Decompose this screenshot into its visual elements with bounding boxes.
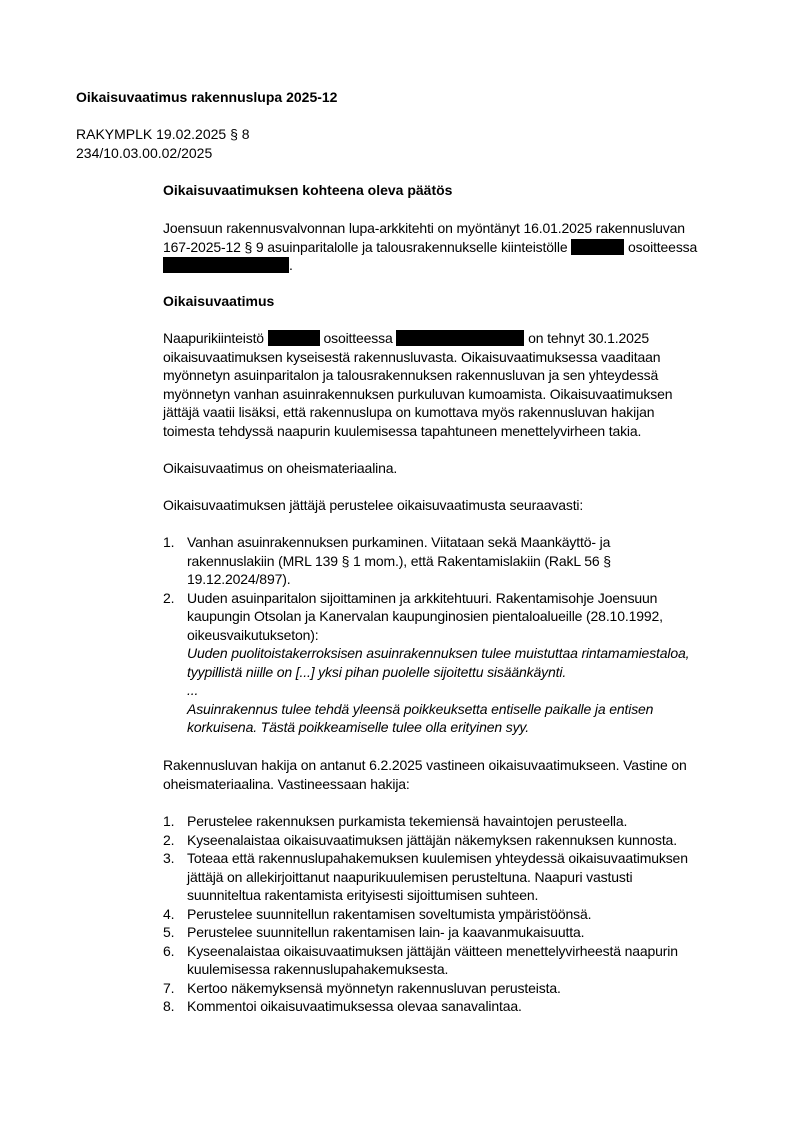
document-meta: RAKYMPLK 19.02.2025 § 8 234/10.03.00.02/…	[76, 125, 250, 163]
list-number: 1.	[163, 812, 174, 831]
list-item: 2.Uuden asuinparitalon sijoittaminen ja …	[163, 589, 763, 737]
text-line: myönnetyn asuinparitalon ja talousrakenn…	[163, 366, 763, 385]
redacted-property-id	[268, 330, 320, 346]
text-line: jättäjä vaatii lisäksi, että rakennuslup…	[163, 403, 763, 422]
quoted-line: ...	[187, 681, 763, 700]
text-line: suunniteltua rakentamista erityisesti si…	[187, 886, 763, 905]
text-line: Kyseenalaistaa oikaisuvaatimuksen jättäj…	[187, 942, 763, 961]
text-line: oheismateriaalina. Vastineessaan hakija:	[163, 775, 763, 794]
list-number: 3.	[163, 849, 174, 868]
list-number: 7.	[163, 979, 174, 998]
section-heading-appeal: Oikaisuvaatimus	[163, 293, 763, 309]
list-number: 2.	[163, 831, 174, 850]
quoted-line: korkuisena. Tästä poikkeamiselle tulee o…	[187, 718, 763, 737]
redacted-address	[163, 257, 289, 273]
text-fragment: Naapurikiinteistö	[163, 330, 264, 346]
list-item: 1.Perustelee rakennuksen purkamista teke…	[163, 812, 763, 831]
list-item: 3.Toteaa että rakennuslupahakemuksen kuu…	[163, 849, 763, 905]
grounds-intro: Oikaisuvaatimuksen jättäjä perustelee oi…	[163, 496, 763, 515]
text-line: rakennuslakiin (MRL 139 § 1 mom.), että …	[187, 552, 763, 571]
text-line: 167-2025-12 § 9 asuinparitalolle ja talo…	[163, 238, 763, 257]
text-line: Perustelee rakennuksen purkamista tekemi…	[187, 812, 763, 831]
text-line: Kommentoi oikaisuvaatimuksessa olevaa sa…	[187, 997, 763, 1016]
document-title: Oikaisuvaatimus rakennuslupa 2025-12	[76, 89, 337, 105]
text-fragment: osoitteessa	[628, 239, 697, 255]
text-fragment: .	[289, 257, 293, 273]
attachment-note: Oikaisuvaatimus on oheismateriaalina.	[163, 459, 763, 478]
text-line: Rakennusluvan hakija on antanut 6.2.2025…	[163, 756, 763, 775]
meta-line: RAKYMPLK 19.02.2025 § 8	[76, 125, 250, 144]
list-item: 7.Kertoo näkemyksensä myönnetyn rakennus…	[163, 979, 763, 998]
list-number: 1.	[163, 533, 174, 552]
text-line: Perustelee suunnitellun rakentamisen lai…	[187, 923, 763, 942]
list-number: 6.	[163, 942, 174, 961]
text-line: .	[163, 256, 763, 275]
list-number: 2.	[163, 589, 174, 608]
quoted-line: tyypillistä niille on [...] yksi pihan p…	[187, 663, 763, 682]
list-number: 8.	[163, 997, 174, 1016]
text-fragment: osoitteessa	[323, 330, 392, 346]
text-line: toimesta tehdyssä naapurin kuulemisessa …	[163, 422, 763, 441]
text-line: kuulemisessa rakennuslupahakemuksesta.	[187, 960, 763, 979]
text-line: Kertoo näkemyksensä myönnetyn rakennuslu…	[187, 979, 763, 998]
list-item: 1.Vanhan asuinrakennuksen purkaminen. Vi…	[163, 533, 763, 589]
response-intro: Rakennusluvan hakija on antanut 6.2.2025…	[163, 756, 763, 793]
list-item: 8.Kommentoi oikaisuvaatimuksessa olevaa …	[163, 997, 763, 1016]
text-line: Vanhan asuinrakennuksen purkaminen. Viit…	[187, 533, 763, 552]
text-line: myönnetyn vanhan asuinrakennuksen purkul…	[163, 385, 763, 404]
text-line: Uuden asuinparitalon sijoittaminen ja ar…	[187, 589, 763, 608]
section-heading-decision: Oikaisuvaatimuksen kohteena oleva päätös	[163, 182, 763, 198]
list-number: 4.	[163, 905, 174, 924]
text-line: Toteaa että rakennuslupahakemuksen kuule…	[187, 849, 763, 868]
text-line: 19.12.2024/897).	[187, 570, 763, 589]
text-line: jättäjä on allekirjoittanut naapurikuule…	[187, 868, 763, 887]
list-item: 6.Kyseenalaistaa oikaisuvaatimuksen jätt…	[163, 942, 763, 979]
list-item: 2.Kyseenalaistaa oikaisuvaatimuksen jätt…	[163, 831, 763, 850]
text-line: kaupungin Otsolan ja Kanervalan kaupungi…	[187, 607, 763, 626]
list-number: 5.	[163, 923, 174, 942]
text-line: oikeusvaikutukseton):	[187, 626, 763, 645]
appeal-paragraph: Naapurikiinteistö osoitteessa on tehnyt …	[163, 329, 763, 440]
text-fragment: 167-2025-12 § 9 asuinparitalolle ja talo…	[163, 239, 567, 255]
meta-line: 234/10.03.00.02/2025	[76, 144, 250, 163]
text-line: Joensuun rakennusvalvonnan lupa-arkkiteh…	[163, 219, 763, 238]
text-line: Naapurikiinteistö osoitteessa on tehnyt …	[163, 329, 763, 348]
text-line: Kyseenalaistaa oikaisuvaatimuksen jättäj…	[187, 831, 763, 850]
redacted-property-id	[571, 239, 624, 255]
quoted-line: Asuinrakennus tulee tehdä yleensä poikke…	[187, 700, 763, 719]
text-fragment: on tehnyt 30.1.2025	[528, 330, 649, 346]
section-decision-body: Joensuun rakennusvalvonnan lupa-arkkiteh…	[163, 219, 763, 275]
quoted-line: Uuden puolitoistakerroksisen asuinrakenn…	[187, 644, 763, 663]
responses-list: 1.Perustelee rakennuksen purkamista teke…	[163, 812, 763, 1016]
list-item: 5.Perustelee suunnitellun rakentamisen l…	[163, 923, 763, 942]
grounds-list: 1.Vanhan asuinrakennuksen purkaminen. Vi…	[163, 533, 763, 737]
list-item: 4.Perustelee suunnitellun rakentamisen s…	[163, 905, 763, 924]
text-line: Perustelee suunnitellun rakentamisen sov…	[187, 905, 763, 924]
redacted-address	[396, 330, 524, 346]
text-line: oikaisuvaatimuksen kyseisestä rakennuslu…	[163, 348, 763, 367]
